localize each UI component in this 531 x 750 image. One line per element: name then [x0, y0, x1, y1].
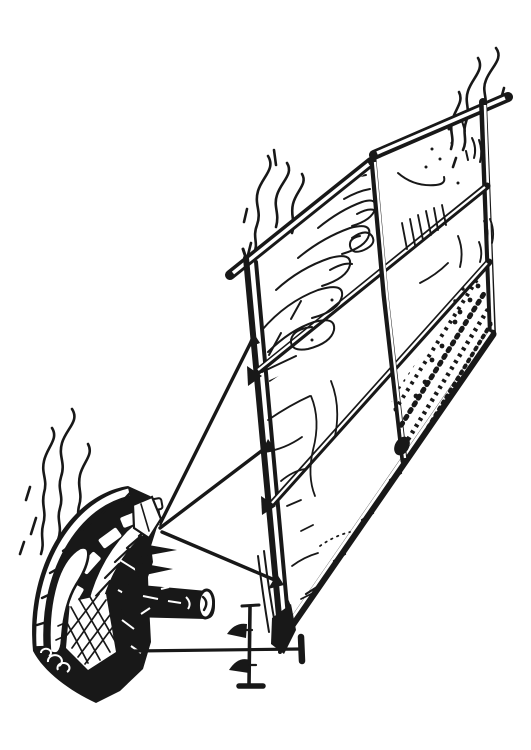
horizontal-rod: [133, 649, 301, 651]
cylinder-pipe: [121, 584, 215, 619]
pole-top-cap: [242, 605, 259, 606]
illustration-canvas: [0, 0, 531, 750]
solar-panel: [230, 97, 508, 654]
arrow-flag-lower: [229, 659, 250, 673]
arrow-flag-upper: [227, 624, 247, 638]
panel-frame: [230, 97, 508, 652]
solar-collector-illustration: [0, 0, 531, 750]
rod-end-bar: [301, 637, 302, 661]
pole: [249, 607, 250, 685]
